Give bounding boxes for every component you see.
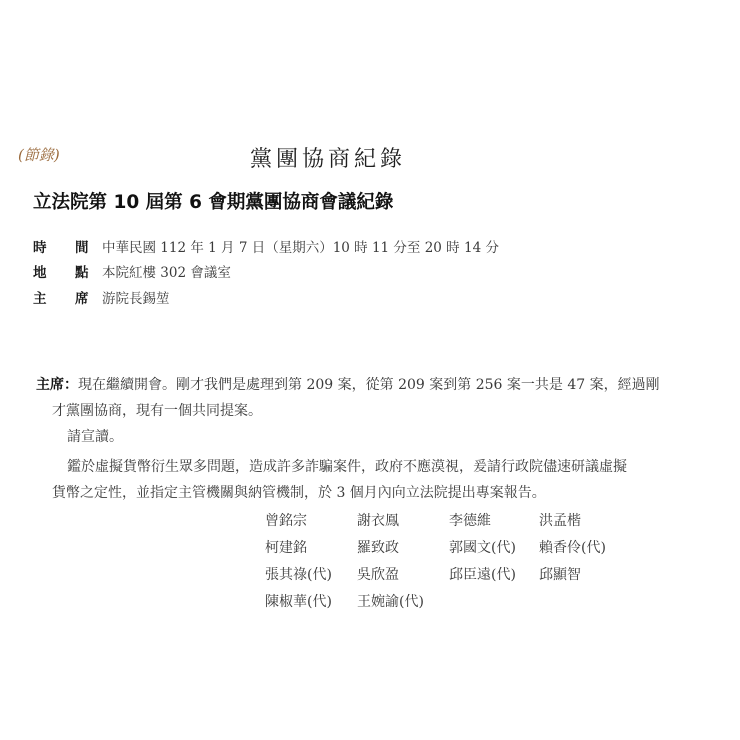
speech-line-2: 才黨團協商，現有一個共同提案。 bbox=[52, 400, 262, 420]
info-row-location: 地 點 本院紅樓 302 會議室 bbox=[33, 261, 231, 281]
info-label: 席 bbox=[75, 287, 102, 307]
signatory: 賴香伶(代) bbox=[539, 537, 606, 557]
info-value-time: 中華民國 112 年 1 月 7 日（星期六）10 時 11 分至 20 時 1… bbox=[102, 236, 499, 256]
motion-line-1: 鑑於虛擬貨幣衍生眾多問題，造成許多詐騙案件，政府不應漠視，爰請行政院儘速研議虛擬 bbox=[67, 456, 627, 476]
speech-line-1: 主席：現在繼續開會。剛才我們是處理到第 209 案，從第 209 案到第 256… bbox=[36, 374, 660, 394]
speaker-label: 主席： bbox=[36, 377, 78, 393]
signatory: 李德維 bbox=[449, 510, 491, 530]
speech-text: 現在繼續開會。剛才我們是處理到第 209 案，從第 209 案到第 256 案一… bbox=[78, 377, 660, 393]
signatory: 柯建銘 bbox=[265, 537, 307, 557]
signatory: 曾銘宗 bbox=[265, 510, 307, 530]
signatory: 謝衣鳯 bbox=[357, 510, 399, 530]
signatory: 張其祿(代) bbox=[265, 564, 332, 584]
document-subtitle: 立法院第 10 屆第 6 會期黨團協商會議紀錄 bbox=[33, 188, 393, 214]
info-label: 點 bbox=[75, 261, 102, 281]
info-value-location: 本院紅樓 302 會議室 bbox=[102, 261, 231, 281]
signatory: 羅致政 bbox=[357, 537, 399, 557]
signatory: 郭國文(代) bbox=[449, 537, 516, 557]
signatory: 王婉諭(代) bbox=[357, 591, 424, 611]
speech-line-3: 請宣讀。 bbox=[67, 426, 123, 446]
info-label: 時 bbox=[33, 236, 75, 256]
motion-line-2: 貨幣之定性，並指定主管機關與納管機制，於 3 個月內向立法院提出專案報告。 bbox=[52, 482, 546, 502]
info-value-chair: 游院長錫堃 bbox=[102, 287, 170, 307]
signatory: 洪孟楷 bbox=[539, 510, 581, 530]
signatory: 吳欣盈 bbox=[357, 564, 399, 584]
signatory: 陳椒華(代) bbox=[265, 591, 332, 611]
signatory: 邱臣遠(代) bbox=[449, 564, 516, 584]
signatory: 邱顯智 bbox=[539, 564, 581, 584]
info-row-time: 時 間 中華民國 112 年 1 月 7 日（星期六）10 時 11 分至 20… bbox=[33, 236, 499, 256]
document-title: 黨團協商紀錄 bbox=[250, 142, 406, 173]
info-label: 間 bbox=[75, 236, 102, 256]
info-label: 地 bbox=[33, 261, 75, 281]
info-row-chair: 主 席 游院長錫堃 bbox=[33, 287, 170, 307]
info-label: 主 bbox=[33, 287, 75, 307]
excerpt-tag: (節錄) bbox=[18, 144, 60, 165]
